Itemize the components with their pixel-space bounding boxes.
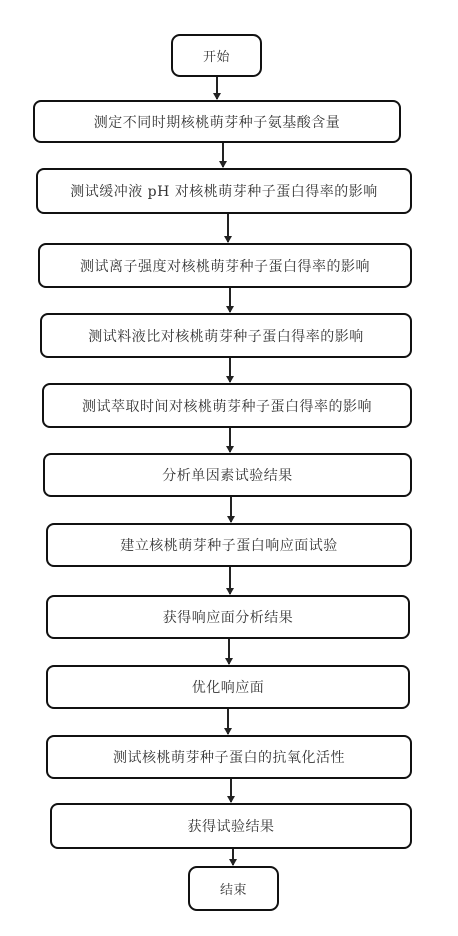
step-3-ionic-strength: 测试离子强度对核桃萌芽种子蛋白得率的影响	[38, 243, 412, 288]
arrow-connector	[229, 428, 231, 452]
step-5-extraction-time: 测试萃取时间对核桃萌芽种子蛋白得率的影响	[42, 383, 412, 428]
step-11-obtain-results: 获得试验结果	[50, 803, 412, 849]
step-6-single-factor-analysis: 分析单因素试验结果	[43, 453, 412, 497]
step-4-solid-liquid-ratio: 测试料液比对核桃萌芽种子蛋白得率的影响	[40, 313, 412, 358]
step-1-amino-acid-content: 测定不同时期核桃萌芽种子氨基酸含量	[33, 100, 401, 143]
arrow-connector	[229, 567, 231, 594]
arrow-connector	[229, 288, 231, 312]
arrow-connector	[227, 709, 229, 734]
arrow-connector	[222, 143, 224, 167]
arrow-connector	[227, 214, 229, 242]
arrow-connector	[230, 497, 232, 522]
arrow-connector	[216, 77, 218, 99]
arrow-connector	[229, 358, 231, 382]
start-node: 开始	[171, 34, 262, 77]
step-2-buffer-ph: 测试缓冲液 pH 对核桃萌芽种子蛋白得率的影响	[36, 168, 412, 214]
step-9-optimize-response-surface: 优化响应面	[46, 665, 410, 709]
arrow-connector	[230, 779, 232, 802]
arrow-connector	[232, 849, 234, 865]
step-8-response-surface-results: 获得响应面分析结果	[46, 595, 410, 639]
step-7-response-surface-test: 建立核桃萌芽种子蛋白响应面试验	[46, 523, 412, 567]
end-node: 结束	[188, 866, 279, 911]
arrow-connector	[228, 639, 230, 664]
step-10-antioxidant-activity: 测试核桃萌芽种子蛋白的抗氧化活性	[46, 735, 412, 779]
